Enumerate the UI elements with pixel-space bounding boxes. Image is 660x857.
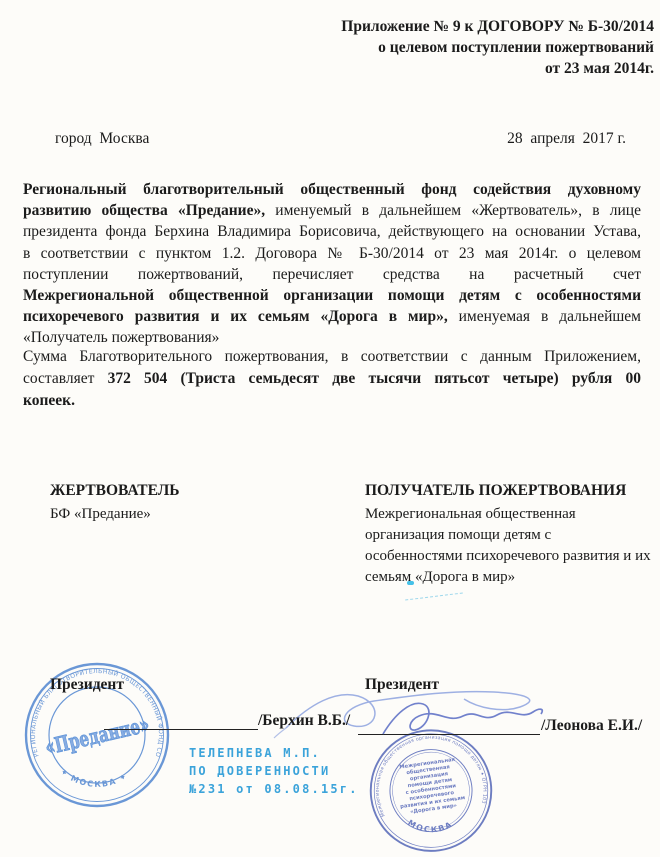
paragraph-line: психоречевого развития и их семьям «Доро… bbox=[23, 306, 641, 327]
date-label: 28 апреля 2017 г. bbox=[507, 130, 626, 148]
donor-title: ЖЕРТВОВАТЕЛЬ bbox=[50, 480, 365, 501]
svg-text:МОСКВА: МОСКВА bbox=[405, 812, 455, 838]
scan-artifact bbox=[407, 581, 414, 585]
document-page: Приложение № 9 к ДОГОВОРУ № Б-30/2014 о … bbox=[0, 0, 660, 857]
president-label-right: Президент bbox=[365, 676, 439, 694]
appendix-header: Приложение № 9 к ДОГОВОРУ № Б-30/2014 о … bbox=[234, 16, 654, 79]
appendix-header-line2: о целевом поступлении пожертвований bbox=[234, 37, 654, 58]
svg-text:✦ МОСКВА ✦: ✦ МОСКВА ✦ bbox=[59, 767, 130, 789]
main-paragraph: Региональный благотворительный обществен… bbox=[23, 179, 641, 349]
place-date-row: город Москва 28 апреля 2017 г. bbox=[55, 130, 626, 148]
donor-stamp-center-text: «Предание» bbox=[43, 711, 152, 759]
city-label: город Москва bbox=[55, 130, 149, 148]
donor-stamp-city-text: ✦ МОСКВА ✦ bbox=[59, 767, 130, 789]
paragraph-line: Сумма Благотворительного пожертвования, … bbox=[23, 346, 641, 368]
recipient-block: ПОЛУЧАТЕЛЬ ПОЖЕРТВОВАНИЯ Межрегиональная… bbox=[365, 480, 660, 588]
donor-name: БФ «Предание» bbox=[50, 504, 365, 525]
recipient-stamp-city-text: МОСКВА bbox=[405, 812, 455, 838]
signature-line-left bbox=[104, 729, 258, 730]
paragraph-line: Межрегиональной общественной организации… bbox=[23, 285, 641, 306]
paragraph-line: копеек. bbox=[23, 390, 641, 412]
president-label-left: Президент bbox=[50, 676, 124, 694]
signature-name-leonova: /Леонова Е.И./ bbox=[541, 717, 642, 735]
paragraph-line: в соответствии с пунктом 1.2. Договора №… bbox=[23, 243, 641, 264]
appendix-header-line1: Приложение № 9 к ДОГОВОРУ № Б-30/2014 bbox=[234, 16, 654, 37]
scan-artifact bbox=[405, 592, 463, 600]
recipient-name: Межрегиональная общественнаяорганизация … bbox=[365, 504, 660, 588]
recipient-signature bbox=[375, 690, 555, 742]
donor-block: ЖЕРТВОВАТЕЛЬ БФ «Предание» bbox=[50, 480, 365, 588]
parties-section: ЖЕРТВОВАТЕЛЬ БФ «Предание» ПОЛУЧАТЕЛЬ ПО… bbox=[50, 480, 660, 588]
paragraph-line: развитию общества «Предание», именуемый … bbox=[23, 200, 641, 221]
recipient-title: ПОЛУЧАТЕЛЬ ПОЖЕРТВОВАНИЯ bbox=[365, 480, 660, 501]
signature-name-berkhin: /Берхин В.Б./ bbox=[258, 712, 350, 730]
proxy-stamp-text: ТЕЛЕПНЕВА М.П.ПО ДОВЕРЕННОСТИ№231 от 08.… bbox=[189, 744, 359, 798]
paragraph-line: Региональный благотворительный обществен… bbox=[23, 179, 641, 200]
paragraph-line: поступлении пожертвований, перечисляет с… bbox=[23, 264, 641, 285]
amount-paragraph: Сумма Благотворительного пожертвования, … bbox=[23, 346, 641, 412]
paragraph-line: президента фонда Берхина Владимира Борис… bbox=[23, 221, 641, 242]
appendix-header-line3: от 23 мая 2014г. bbox=[234, 58, 654, 79]
paragraph-line: составляет 372 504 (Триста семьдесят две… bbox=[23, 368, 641, 390]
